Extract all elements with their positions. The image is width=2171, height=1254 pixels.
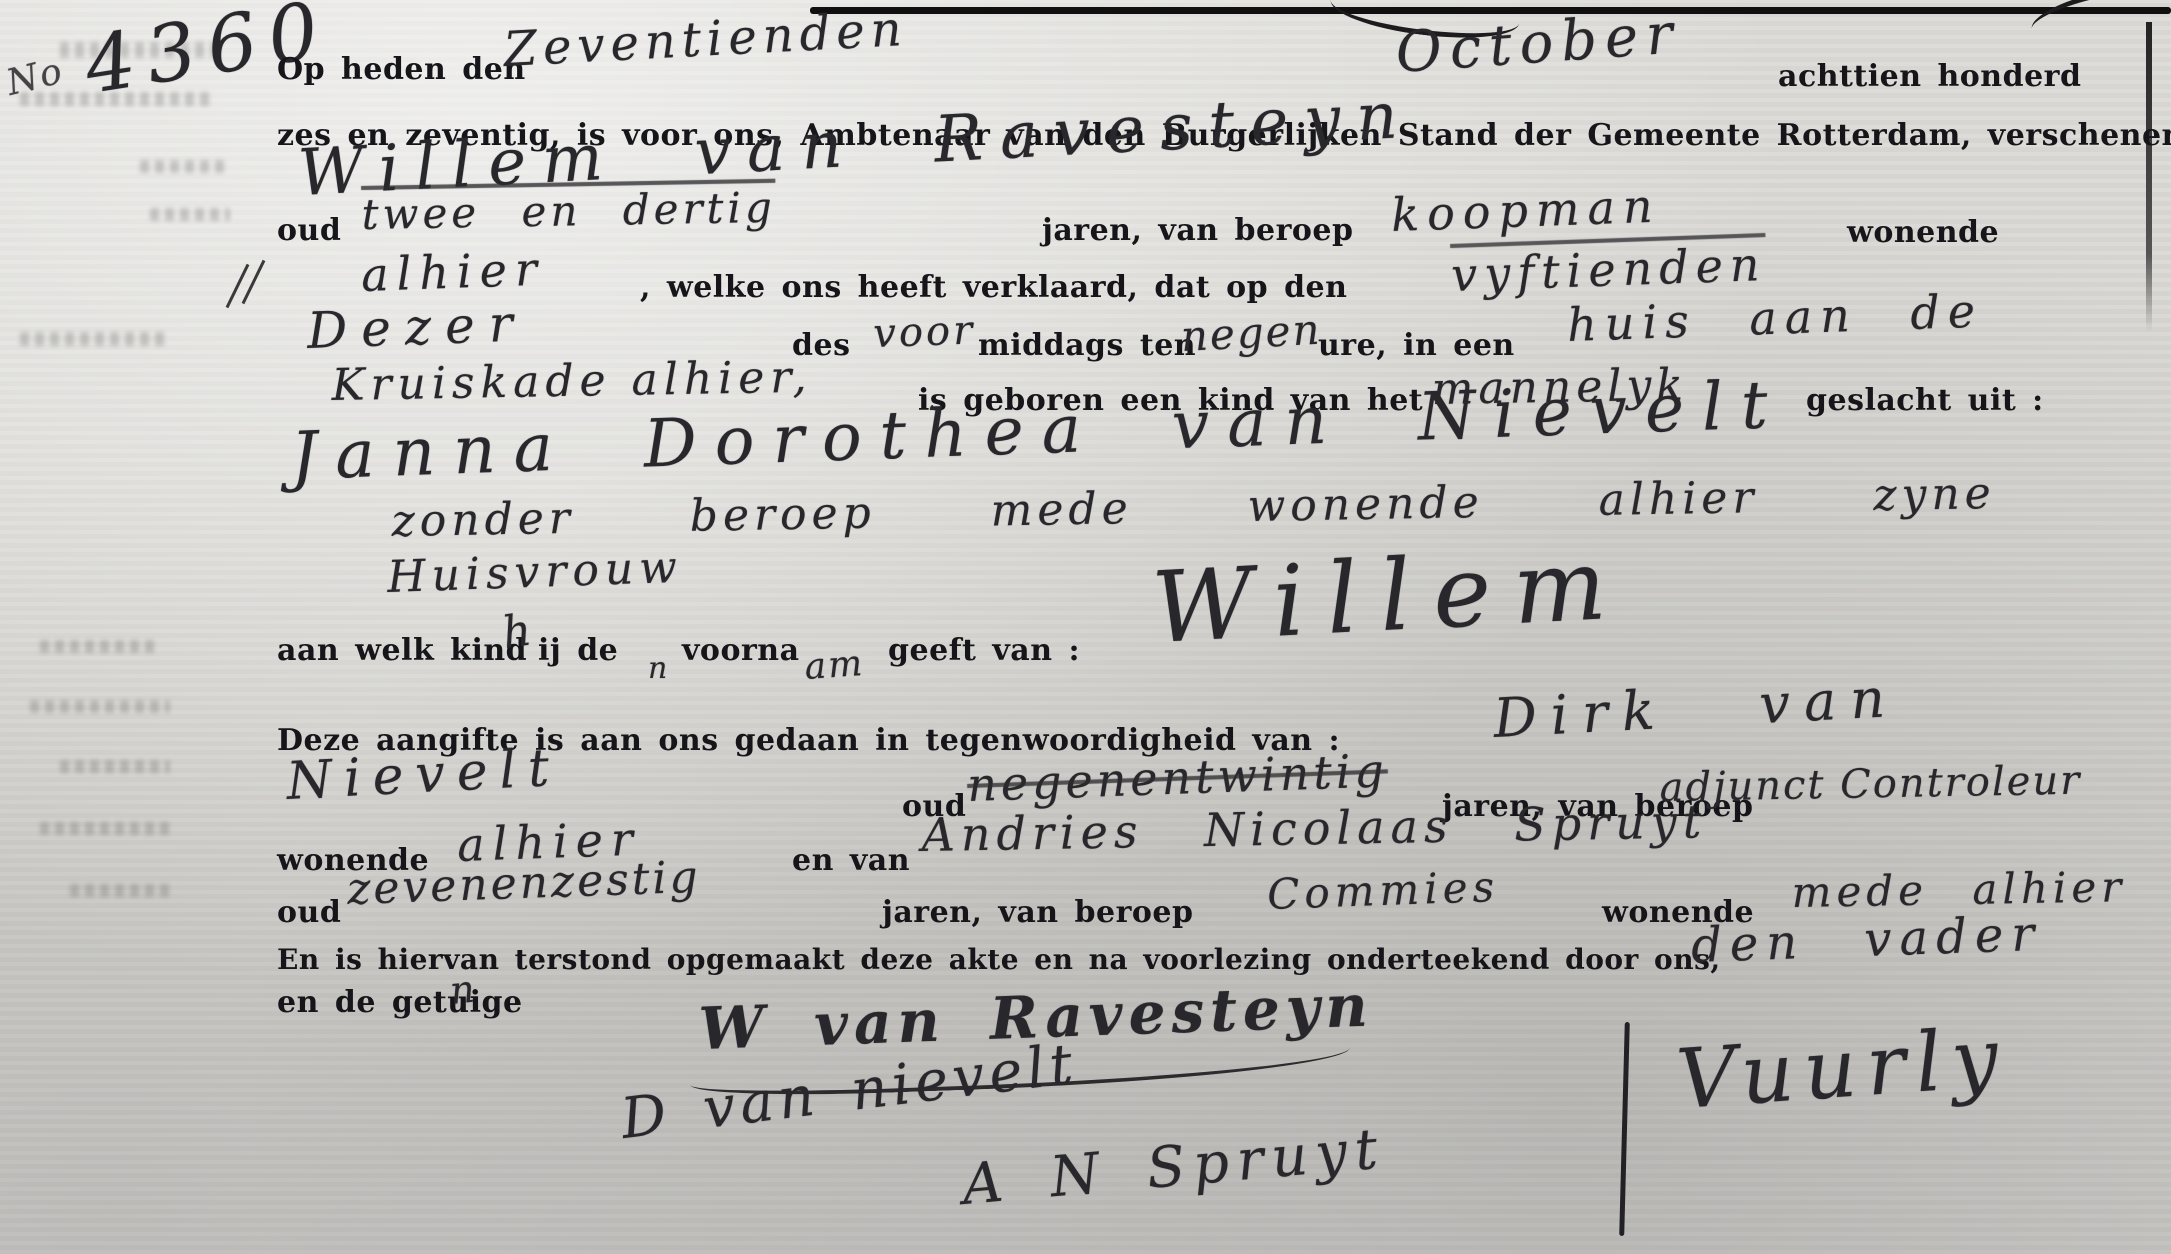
hw-voor: voor <box>873 310 976 354</box>
hw-address: Kruiskade alhier, <box>331 356 813 408</box>
hw-witness2-name: Andries Nicolaas Spruyt <box>921 798 1707 858</box>
bleed-through-mark <box>40 640 160 653</box>
hw-witness1-last: Nievelt <box>285 742 562 808</box>
signature-witness2: A N Spruyt <box>960 1121 1388 1214</box>
printed-op-heden-den: Op heden den <box>277 55 526 85</box>
hw-witness1-occupation: adjunct Controleur <box>1659 761 2081 808</box>
printed-getuigen: en de getuige <box>277 988 523 1018</box>
bleed-through-mark <box>150 208 230 221</box>
printed-slot: En is hiervan terstond opgemaakt deze ak… <box>277 946 1721 974</box>
printed-ij-de: ij de <box>538 636 618 666</box>
printed-aan-welk-kind: aan welk kind <box>277 636 527 666</box>
printed-jaren-beroep: jaren, van beroep <box>1042 216 1353 246</box>
printed-voorna: voorna <box>682 636 800 666</box>
hw-huisvrouw: Huisvrouw <box>386 546 683 600</box>
hw-den-vader: den vader <box>1690 910 2043 970</box>
printed-oud: oud <box>277 216 341 246</box>
signature-official: Vuurly <box>1674 1017 2010 1122</box>
printed-ure-in-een: ure, in een <box>1318 331 1515 361</box>
hw-witness2-residence: mede alhier <box>1791 866 2126 914</box>
scanned-birth-record: No 4360 Op heden den Zeventienden Octobe… <box>0 0 2171 1254</box>
bleed-through-mark <box>40 822 170 835</box>
bleed-through-mark <box>30 700 170 713</box>
hw-month: October <box>1394 6 1682 82</box>
hw-dezer: Dezer <box>306 298 527 356</box>
hw-birth-day: vyftienden <box>1450 241 1767 298</box>
printed-en-van: en van <box>792 846 910 876</box>
bleed-through-mark <box>140 160 230 173</box>
bleed-through-mark <box>20 332 170 346</box>
printed-achttien-honderd: achttien honderd <box>1778 62 2081 92</box>
hw-child-name: Willem <box>1150 535 1630 658</box>
hw-witness1-first: Dirk van <box>1492 671 1900 746</box>
hw-am: am <box>803 646 865 686</box>
stray-ink-marks <box>226 264 250 308</box>
hw-declarant-residence: alhier <box>360 246 545 298</box>
printed-geeft-van: geeft van : <box>888 636 1080 666</box>
hw-huis-aan-de: huis aan de <box>1566 288 1983 348</box>
hw-witness2-age: zevenenzestig <box>346 856 701 912</box>
hw-witness1-age: negenentwintig <box>966 747 1388 808</box>
printed-wonende: wonende <box>1847 218 1999 248</box>
printed-oud3: oud <box>277 898 341 928</box>
hw-hour: negen <box>1180 309 1323 358</box>
printed-welke-ons: , welke ons heeft verklaard, dat op den <box>640 273 1347 303</box>
page-edge-line <box>2146 22 2152 332</box>
printed-jaren-beroep3: jaren, van beroep <box>882 898 1193 928</box>
signature-brace-stroke <box>1619 1022 1630 1236</box>
hw-declarant-age: twee en dertig <box>361 187 776 236</box>
hw-day: Zeventienden <box>502 5 908 74</box>
hw-getuigen-n: n <box>448 969 478 1010</box>
hw-witness2-occupation: Commies <box>1267 866 1500 916</box>
bleed-through-mark <box>60 760 170 773</box>
hw-hij-h: h <box>500 608 536 656</box>
printed-geslacht-uit: geslacht uit : <box>1806 386 2044 416</box>
bleed-through-mark <box>70 884 170 897</box>
hw-inserted-n: n <box>648 654 669 684</box>
printed-middags-ten: middags ten <box>978 331 1196 361</box>
hw-declarant-occupation: koopman <box>1390 183 1661 238</box>
